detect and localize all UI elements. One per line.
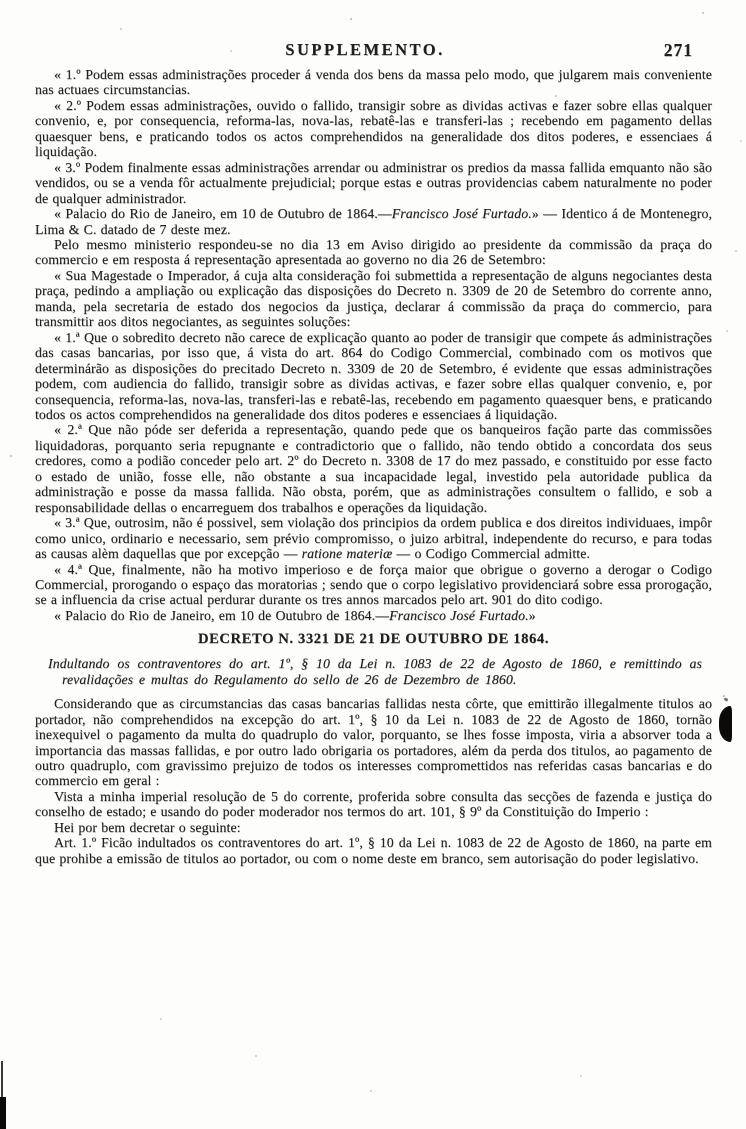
text-run: « Sua Magestade o Imperador, á cuja alta… — [35, 268, 712, 329]
paragraph: « 3.º Podem finalmente essas administraç… — [35, 160, 712, 206]
italic-text-run: Francisco José Furtado. — [389, 608, 529, 623]
paragraph: « Sua Magestade o Imperador, á cuja alta… — [35, 268, 712, 330]
text-run: Hei por bem decretar o seguinte: — [54, 820, 241, 835]
ink-blot — [719, 706, 732, 742]
text-run: « Palacio do Rio de Janeiro, em 10 de Ou… — [54, 608, 389, 623]
italic-text-run: Indultando os contraventores do art. 1º,… — [48, 656, 702, 686]
paragraph: « 2.ª Que não póde ser deferida a repres… — [35, 422, 712, 515]
paragraph: « 4.ª Que, finalmente, não ha motivo imp… — [35, 562, 712, 608]
text-run: » — [529, 608, 536, 623]
paragraph: « 1.ª Que o sobredito decreto não carece… — [35, 330, 712, 423]
text-run: « Palacio do Rio de Janeiro, em 10 de Ou… — [54, 206, 392, 221]
text-run: « 3.º Podem finalmente essas administraç… — [35, 160, 712, 206]
scanned-document-page: SUPPLEMENTO. 271 « 1.º Podem essas admin… — [0, 0, 746, 1129]
text-run: « 2.º Podem essas administrações, ouvido… — [35, 98, 712, 159]
italic-text-run: ratione materiæ — [302, 546, 393, 561]
decree-heading: DECRETO N. 3321 DE 21 DE OUTUBRO DE 1864… — [35, 631, 712, 647]
paragraph: Vista a minha imperial resolução de 5 do… — [35, 789, 712, 820]
paragraph: « 2.º Podem essas administrações, ouvido… — [35, 98, 712, 160]
page-number: 271 — [664, 40, 693, 61]
ink-speck — [724, 697, 729, 701]
scan-noise — [350, 18, 352, 20]
paragraph: « 1.º Podem essas administrações procede… — [35, 67, 712, 98]
text-run: Vista a minha imperial resolução de 5 do… — [35, 789, 712, 819]
paragraph: « Palacio do Rio de Janeiro, em 10 de Ou… — [35, 608, 712, 623]
text-run: « 2.ª Que não póde ser deferida a repres… — [35, 422, 712, 514]
paragraph: Art. 1.º Ficão indultados os contravento… — [35, 835, 712, 866]
text-run: « 1.ª Que o sobredito decreto não carece… — [35, 330, 712, 422]
paragraph: « Palacio do Rio de Janeiro, em 10 de Ou… — [35, 206, 712, 237]
page-body: « 1.º Podem essas administrações procede… — [35, 67, 712, 866]
paragraph: Hei por bem decretar o seguinte: — [35, 820, 712, 835]
text-run: — o Codigo Commercial admitte. — [392, 546, 590, 561]
text-run: Pelo mesmo ministerio respondeu-se no di… — [35, 237, 712, 267]
text-run: « 4.ª Que, finalmente, não ha motivo imp… — [35, 562, 712, 608]
text-run: « 1.º Podem essas administrações procede… — [35, 67, 712, 97]
journal-title: SUPPLEMENTO. — [277, 40, 453, 60]
paragraph: « 3.ª Que, outrosim, não é possivel, sem… — [35, 515, 712, 561]
paragraph: Pelo mesmo ministerio respondeu-se no di… — [35, 237, 712, 268]
page-header: SUPPLEMENTO. 271 — [0, 40, 746, 60]
italic-text-run: Francisco José Furtado. — [392, 206, 532, 221]
text-run: Art. 1.º Ficão indultados os contravento… — [35, 835, 712, 865]
text-run: Considerando que as circumstancias das c… — [35, 696, 712, 788]
paragraph: Considerando que as circumstancias das c… — [35, 696, 712, 789]
scan-edge-bar — [0, 1097, 6, 1129]
decree-summary: Indultando os contraventores do art. 1º,… — [35, 656, 712, 687]
